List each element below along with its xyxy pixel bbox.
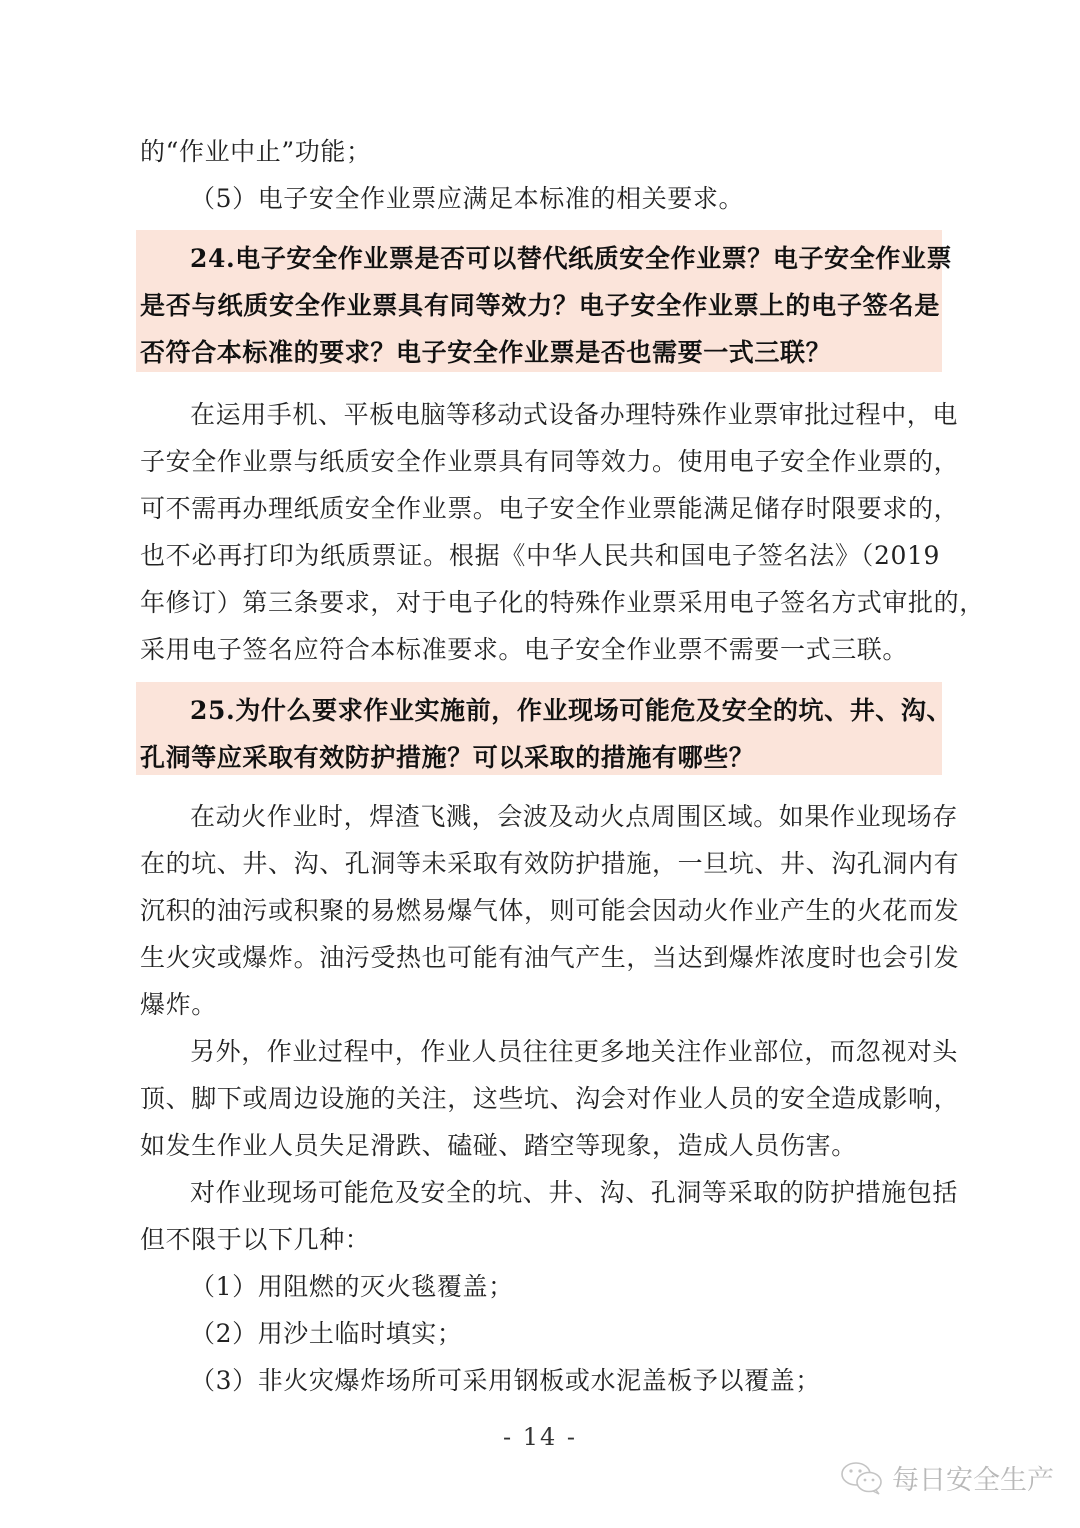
list-item-5: （5）电子安全作业票应满足本标准的相关要求。 bbox=[190, 184, 940, 214]
answer-25-line: 顶、脚下或周边设施的关注，这些坑、沟会对作业人员的安全造成影响， bbox=[140, 1084, 940, 1114]
answer-25-line: 另外，作业过程中，作业人员往往更多地关注作业部位，而忽视对头 bbox=[190, 1037, 940, 1067]
list-item: （3）非火灾爆炸场所可采用钢板或水泥盖板予以覆盖； bbox=[190, 1366, 940, 1396]
text-line: 的“作业中止”功能； bbox=[140, 137, 940, 167]
page-number: - 14 - bbox=[0, 1423, 1080, 1451]
answer-24-line: 在运用手机、平板电脑等移动式设备办理特殊作业票审批过程中，电 bbox=[190, 400, 940, 430]
question-24-line: 否符合本标准的要求？电子安全作业票是否也需要一式三联？ bbox=[140, 338, 940, 368]
watermark-text: 每日安全生产 bbox=[892, 1458, 1054, 1497]
question-24-line: 24.电子安全作业票是否可以替代纸质安全作业票？电子安全作业票 bbox=[190, 244, 940, 274]
answer-25-line: 但不限于以下几种： bbox=[140, 1225, 940, 1255]
answer-25-line: 在的坑、井、沟、孔洞等未采取有效防护措施，一旦坑、井、沟孔洞内有 bbox=[140, 849, 940, 879]
answer-25-line: 对作业现场可能危及安全的坑、井、沟、孔洞等采取的防护措施包括 bbox=[190, 1178, 940, 1208]
answer-25-line: 沉积的油污或积聚的易燃易爆气体，则可能会因动火作业产生的火花而发 bbox=[140, 896, 940, 926]
question-25-line: 孔洞等应采取有效防护措施？可以采取的措施有哪些？ bbox=[140, 743, 940, 773]
question-24-line: 是否与纸质安全作业票具有同等效力？电子安全作业票上的电子签名是 bbox=[140, 291, 940, 321]
wechat-icon bbox=[840, 1461, 884, 1495]
answer-25-line: 生火灾或爆炸。油污受热也可能有油气产生，当达到爆炸浓度时也会引发 bbox=[140, 943, 940, 973]
answer-24-line: 子安全作业票与纸质安全作业票具有同等效力。使用电子安全作业票的， bbox=[140, 447, 940, 477]
answer-25-line: 在动火作业时，焊渣飞溅，会波及动火点周围区域。如果作业现场存 bbox=[190, 802, 940, 832]
watermark: 每日安全生产 bbox=[840, 1458, 1054, 1497]
question-25-line: 25.为什么要求作业实施前，作业现场可能危及安全的坑、井、沟、 bbox=[190, 696, 940, 726]
document-page: 的“作业中止”功能； （5）电子安全作业票应满足本标准的相关要求。 24.电子安… bbox=[0, 0, 1080, 1528]
answer-24-line: 也不必再打印为纸质票证。根据《中华人民共和国电子签名法》（2019 bbox=[140, 541, 940, 571]
list-item: （1）用阻燃的灭火毯覆盖； bbox=[190, 1272, 940, 1302]
list-item: （2）用沙土临时填实； bbox=[190, 1319, 940, 1349]
answer-25-line: 如发生作业人员失足滑跌、磕碰、踏空等现象，造成人员伤害。 bbox=[140, 1131, 940, 1161]
answer-24-line: 可不需再办理纸质安全作业票。电子安全作业票能满足储存时限要求的， bbox=[140, 494, 940, 524]
answer-24-line: 年修订）第三条要求，对于电子化的特殊作业票采用电子签名方式审批的， bbox=[140, 588, 940, 618]
answer-25-line: 爆炸。 bbox=[140, 990, 940, 1020]
answer-24-line: 采用电子签名应符合本标准要求。电子安全作业票不需要一式三联。 bbox=[140, 635, 940, 665]
